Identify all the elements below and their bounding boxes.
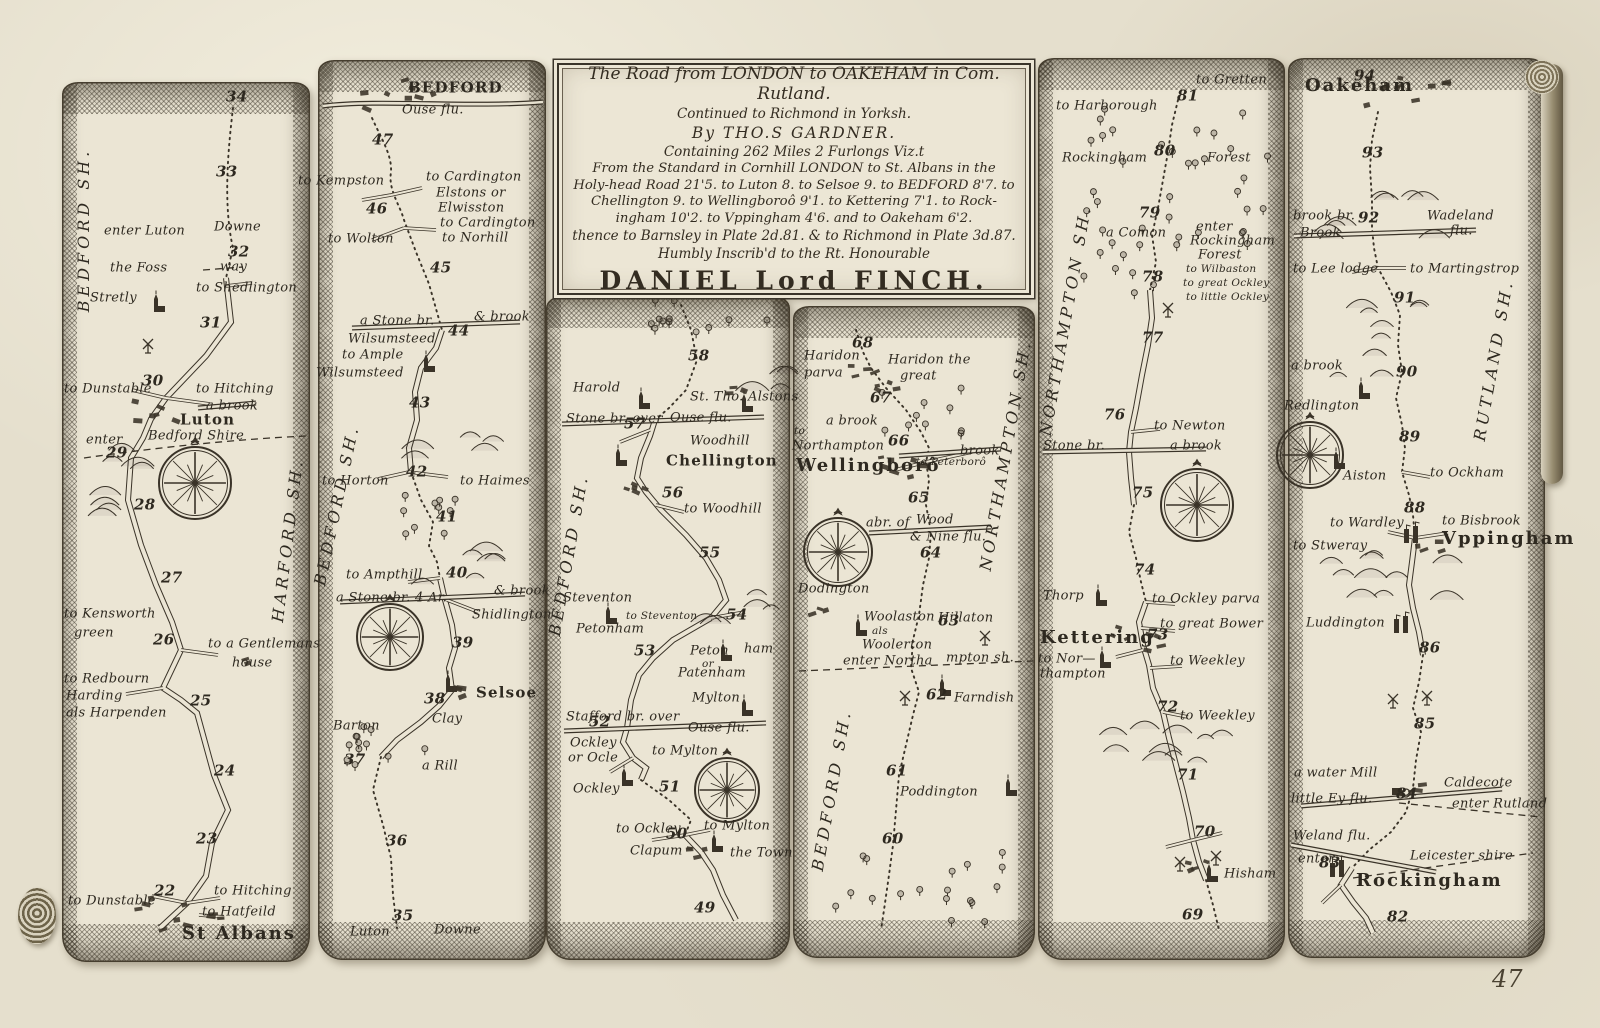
map-label: Stone br. over — [566, 413, 663, 426]
map-label: Stafford br. over — [566, 711, 680, 724]
map-label: St. Tho. Alstons — [690, 391, 798, 404]
compass-icon — [159, 438, 231, 519]
mile-marker: 93 — [1362, 146, 1383, 161]
mill-icon — [1163, 303, 1173, 317]
map-label: Forest — [1198, 249, 1242, 262]
map-label: the Foss — [110, 262, 167, 275]
mill-icon — [1211, 851, 1221, 865]
map-label: Leicester shire — [1410, 850, 1513, 863]
cartouche-line: thence to Barnsley in Plate 2d.81. & to … — [572, 228, 1015, 244]
map-label: Wood — [916, 514, 954, 527]
mile-marker: 60 — [882, 832, 903, 847]
place-label: Vppingham — [1442, 530, 1575, 548]
open-road-dotted-path — [1150, 100, 1178, 290]
map-label: to Hitching — [196, 383, 274, 396]
open-road-dotted-path — [372, 118, 442, 330]
map-label: Peton — [690, 645, 729, 658]
map-label: to Wardley — [1330, 517, 1404, 530]
map-label: Haridon — [804, 350, 860, 363]
mile-marker: 25 — [190, 694, 211, 709]
map-label: Downe — [434, 924, 481, 937]
mile-marker: 45 — [430, 261, 451, 276]
map-label: to — [794, 426, 805, 437]
map-canvas: The Road from LONDON to OAKEHAM in Com. … — [0, 0, 1600, 1028]
map-label: Petonham — [576, 623, 644, 636]
county-label: BEDFORD SH. — [76, 148, 92, 312]
cartouche-line: By THO.S GARDNER. — [692, 124, 896, 142]
mile-marker: 69 — [1182, 908, 1203, 923]
cartouche-line: Chellington 9. to Wellingboroô 9'1. to K… — [591, 194, 997, 211]
town-icon — [1428, 79, 1452, 89]
town-icon — [848, 364, 880, 379]
side-road-path — [1388, 532, 1415, 538]
place-label: Rockingham — [1356, 872, 1503, 890]
map-label: to Redbourn — [64, 673, 149, 686]
engraved-road-map-page: { "page": {"number": "47"}, "colors": {"… — [0, 0, 1600, 1028]
map-label: to Mylton — [652, 745, 718, 758]
map-label: Rockingham — [1062, 152, 1147, 165]
map-label: a Comon — [1106, 227, 1166, 240]
map-label: Harding — [66, 690, 123, 703]
map-label: to Newton — [1154, 420, 1226, 433]
map-label: Clay — [432, 713, 462, 726]
place-label: Chellington — [666, 454, 778, 469]
map-label: to great Bower — [1160, 618, 1263, 631]
mile-marker: 86 — [1419, 641, 1440, 656]
mill-icon — [980, 631, 990, 645]
map-label: als Harpenden — [66, 707, 167, 720]
map-label: Farndish — [954, 692, 1014, 705]
map-label: Hillaton — [938, 612, 993, 625]
mill-icon — [1422, 691, 1432, 705]
map-label: & brook — [494, 585, 550, 598]
map-label: Elwisston — [438, 202, 504, 215]
mile-marker: 66 — [888, 434, 909, 449]
map-label: Shidlington — [472, 609, 552, 622]
map-label: to Bisbrook — [1442, 515, 1521, 528]
map-label: to Cardington — [440, 217, 536, 230]
mile-marker: 31 — [200, 316, 221, 331]
side-road-path — [166, 398, 210, 404]
side-road-path — [1322, 885, 1341, 903]
open-road-dotted-path — [1206, 880, 1219, 930]
mile-marker: 61 — [886, 764, 907, 779]
mile-marker: 54 — [726, 608, 747, 623]
map-label: a brook — [826, 415, 878, 428]
mile-marker: 26 — [153, 633, 174, 648]
mile-marker: 92 — [1358, 211, 1379, 226]
map-label: & brook — [474, 311, 530, 324]
map-label: great — [900, 370, 937, 383]
church-icon — [616, 445, 627, 467]
place-label: Wellingborô — [796, 457, 940, 475]
map-label: a brook — [1291, 360, 1343, 373]
mile-marker: 23 — [196, 832, 217, 847]
map-label: to Gretten — [1196, 74, 1267, 87]
town-icon — [453, 685, 467, 700]
map-label: Wilsumsteed — [316, 367, 404, 380]
church-icon — [639, 388, 650, 410]
map-label: Bedford Shire — [148, 430, 244, 443]
map-label: to Ockley — [616, 823, 681, 836]
map-label: enter Rutland — [1452, 798, 1547, 811]
map-label: to Steventon — [626, 611, 697, 622]
mile-marker: 37 — [344, 753, 365, 768]
map-label: to Wolton — [328, 233, 394, 246]
town-icon — [808, 606, 830, 617]
map-label: a Rill — [422, 760, 458, 773]
map-label: Ouse flu. — [402, 104, 464, 117]
mile-marker: 22 — [154, 884, 175, 899]
map-label: to Wilbaston — [1186, 264, 1256, 275]
mile-marker: 62 — [926, 688, 947, 703]
map-label: to Ampthill — [346, 569, 423, 582]
mile-marker: 33 — [216, 165, 237, 180]
map-label: to Haimes — [460, 475, 530, 488]
mile-marker: 46 — [366, 202, 387, 217]
map-label: to Martingstrop — [1410, 263, 1519, 276]
title-cartouche: The Road from LONDON to OAKEHAM in Com. … — [557, 63, 1031, 295]
church-icon — [1100, 647, 1111, 669]
mile-marker: 64 — [920, 546, 941, 561]
mile-marker: 75 — [1132, 486, 1153, 501]
map-label: to Weekley — [1170, 655, 1245, 668]
mile-marker: 39 — [452, 636, 473, 651]
map-label: a Stone br. 4 Ar. — [336, 592, 447, 605]
place-label: Luton — [180, 413, 235, 428]
mile-marker: 88 — [1404, 501, 1425, 516]
mile-marker: 65 — [908, 491, 929, 506]
map-label: ham — [744, 643, 773, 656]
map-label: Clapum — [630, 845, 683, 858]
mile-marker: 34 — [226, 90, 247, 105]
map-label: Harold — [573, 382, 620, 395]
map-label: Haridon the — [888, 354, 971, 367]
church-icon — [742, 695, 753, 717]
mile-marker: 32 — [228, 245, 249, 260]
map-label: brook br. — [1293, 210, 1355, 223]
mile-marker: 41 — [436, 510, 457, 525]
map-label: or Ocle — [568, 752, 618, 765]
mile-marker: 51 — [659, 780, 680, 795]
mile-marker: 81 — [1177, 89, 1198, 104]
towers-icon — [1394, 612, 1410, 633]
map-label: to Nor— — [1038, 653, 1096, 666]
mile-marker: 80 — [1154, 144, 1175, 159]
cartouche-line: The Road from LONDON to OAKEHAM in Com. … — [569, 64, 1019, 104]
hills-icon — [401, 432, 503, 458]
map-label: parva — [804, 367, 843, 380]
mile-marker: 44 — [448, 324, 469, 339]
map-label: enter Northa — [843, 655, 933, 668]
map-label: to great Ockley — [1183, 278, 1270, 289]
map-label: Ockley — [570, 737, 617, 750]
mile-marker: 77 — [1142, 331, 1163, 346]
map-label: enter — [1196, 221, 1233, 234]
side-road-path — [1116, 650, 1143, 657]
map-label: to Shedlington — [196, 282, 297, 295]
place-label: BEDFORD — [408, 81, 503, 96]
map-label: flu. — [1450, 225, 1473, 238]
church-icon — [1006, 775, 1017, 797]
open-road-dotted-path — [1129, 505, 1146, 602]
compass-icon — [695, 749, 759, 822]
mile-marker: 27 — [161, 571, 182, 586]
cartouche-line: From the Standard in Cornhill LONDON to … — [592, 161, 995, 178]
mile-marker: 82 — [1387, 910, 1408, 925]
church-icon — [1096, 585, 1107, 607]
hills-icon — [1320, 551, 1463, 600]
mill-icon — [143, 339, 153, 353]
mile-marker: 43 — [409, 396, 430, 411]
map-label: to Woodhill — [684, 503, 762, 516]
map-label: Stretly — [90, 292, 137, 305]
map-label: to Cardington — [426, 171, 522, 184]
mile-marker: 49 — [694, 901, 715, 916]
map-label: Woolaston — [864, 611, 935, 624]
map-label: Weland flu. — [1293, 830, 1371, 843]
mile-marker: 24 — [214, 764, 235, 779]
map-label: Wilsumsteed — [348, 333, 436, 346]
mile-marker: 40 — [446, 566, 467, 581]
road-path — [1409, 538, 1423, 655]
mile-marker: 74 — [1134, 563, 1155, 578]
cartouche-line: ingham 10'2. to Vppingham 4'6. and to Oa… — [616, 211, 973, 228]
map-label: house — [232, 657, 272, 670]
map-label: Downe — [214, 221, 261, 234]
map-label: Wadeland — [1427, 210, 1494, 223]
map-label: Luton — [350, 926, 390, 939]
church-icon — [622, 765, 633, 787]
map-label: Thorp — [1043, 590, 1084, 603]
map-label: Woolerton — [862, 639, 932, 652]
map-label: Patenham — [678, 667, 746, 680]
mile-marker: 72 — [1157, 700, 1178, 715]
road-path — [1129, 290, 1152, 505]
map-label: to Lee lodge — [1293, 263, 1378, 276]
mill-icon — [1175, 857, 1185, 871]
map-label: enter Luton — [104, 225, 185, 238]
map-label: Aiston — [1343, 470, 1386, 483]
mile-marker: 91 — [1394, 291, 1415, 306]
map-label: thampton — [1040, 668, 1106, 681]
mile-marker: 28 — [134, 498, 155, 513]
mill-icon — [900, 691, 910, 705]
mile-marker: 79 — [1139, 206, 1160, 221]
side-road-path — [391, 188, 422, 195]
map-label: green — [74, 627, 114, 640]
map-label: Ockley — [573, 783, 620, 796]
map-label: Woodhill — [690, 435, 750, 448]
mile-marker: 78 — [1142, 270, 1163, 285]
map-label: a brook — [1170, 440, 1222, 453]
map-label: Rockingham — [1190, 235, 1275, 248]
map-label: & Nine flu. — [910, 531, 986, 544]
map-label: to Horton — [322, 475, 389, 488]
map-label: Redlington — [1284, 400, 1359, 413]
mile-marker: 76 — [1104, 408, 1125, 423]
map-label: to Mylton — [704, 820, 770, 833]
map-label: to Ockham — [1430, 467, 1504, 480]
map-label: to Hitching — [214, 885, 292, 898]
side-road-path — [1166, 840, 1193, 847]
map-label: to Kensworth — [64, 608, 156, 621]
mile-marker: 47 — [372, 133, 393, 148]
cartouche-line: DANIEL Lord FINCH. — [599, 266, 988, 295]
compass-icon — [357, 595, 423, 670]
mile-marker: 70 — [1194, 825, 1215, 840]
mile-marker: 35 — [392, 909, 413, 924]
mile-marker: 58 — [688, 349, 709, 364]
map-label: to Kempston — [298, 175, 384, 188]
map-label: to Ample — [342, 349, 403, 362]
map-label: enter — [1298, 853, 1335, 866]
map-label: Stone br. — [1043, 440, 1105, 453]
place-label: Kettering — [1040, 629, 1155, 647]
mile-marker: 53 — [634, 644, 655, 659]
map-label: enter — [86, 434, 123, 447]
mile-marker: 67 — [870, 391, 891, 406]
cartouche-line: Containing 262 Miles 2 Furlongs Viz.t — [664, 144, 924, 160]
mile-marker: 90 — [1396, 365, 1417, 380]
mile-marker: 42 — [406, 465, 427, 480]
compass-icon — [1161, 460, 1233, 541]
trees-icon — [648, 297, 770, 338]
cartouche-line: Continued to Richmond in Yorksh. — [677, 106, 911, 122]
map-label: to Stweray — [1293, 540, 1367, 553]
church-icon — [1359, 378, 1370, 400]
trees-icon — [833, 849, 1006, 928]
hills-icon — [735, 366, 797, 391]
compass-icon — [1277, 413, 1343, 488]
plate-number: 47 — [1492, 965, 1523, 993]
hills-icon — [88, 487, 121, 516]
map-label: to a Gentlemans — [208, 638, 320, 651]
map-label: abr. of — [866, 517, 910, 530]
mile-marker: 89 — [1399, 430, 1420, 445]
mile-marker: 85 — [1414, 717, 1435, 732]
side-road-path — [126, 688, 163, 694]
mile-marker: 55 — [699, 546, 720, 561]
side-road-path — [1402, 472, 1430, 477]
map-label: to Norhill — [442, 232, 508, 245]
place-label: Selsoe — [476, 686, 537, 701]
map-label: Caldecote — [1444, 777, 1513, 790]
map-label: to Dunstable — [64, 383, 152, 396]
mile-marker: 29 — [106, 446, 127, 461]
road-path — [637, 420, 726, 618]
map-label: Luddington — [1306, 617, 1385, 630]
mile-marker: 36 — [386, 834, 407, 849]
map-label: to little Ockley — [1186, 292, 1269, 303]
map-label: Poddington — [900, 786, 978, 799]
mile-marker: 56 — [662, 486, 683, 501]
map-label: the Town — [730, 847, 793, 860]
side-road-path — [404, 228, 436, 230]
map-label: to Harborough — [1056, 100, 1158, 113]
map-label: to Ockley parva — [1152, 593, 1260, 606]
map-label: Brook — [1300, 227, 1341, 240]
map-label: mpton sh. — [946, 652, 1014, 665]
cartouche-line: Holy-head Road 21'5. to Luton 8. to Sels… — [573, 178, 1014, 195]
cartouche-line: Humbly Inscrib'd to the Rt. Honourable — [658, 246, 930, 262]
church-icon — [154, 291, 165, 313]
map-label: way — [220, 261, 247, 274]
map-label: Elstons or — [436, 187, 506, 200]
map-label: a Stone br. — [360, 315, 435, 328]
map-label: little Ey flu. — [1291, 793, 1372, 806]
map-label: Forest — [1207, 152, 1251, 165]
mile-marker: 84 — [1396, 787, 1417, 802]
compass-icon — [804, 509, 872, 586]
map-label: to Dunstable — [68, 895, 156, 908]
map-label: Northampton — [792, 440, 884, 453]
map-label: Ouse flu. — [688, 722, 750, 735]
mill-icon — [1388, 694, 1398, 708]
mile-marker: 71 — [1177, 768, 1198, 783]
map-label: Hisham — [1224, 868, 1276, 881]
mile-marker: 38 — [424, 692, 445, 707]
map-label: to Weekley — [1180, 710, 1255, 723]
map-label: Dodington — [798, 583, 870, 596]
place-label: Oakeham — [1305, 77, 1414, 95]
map-label: Ouse flu. — [670, 412, 732, 425]
map-label: als — [872, 626, 888, 637]
church-icon — [712, 831, 723, 853]
map-label: Steventon — [563, 592, 632, 605]
map-label: Mylton — [692, 692, 740, 705]
map-label: Barton — [333, 720, 380, 733]
place-label: St Albans — [182, 925, 296, 943]
map-label: a water Mill — [1294, 767, 1377, 780]
map-label: to Hatfeild — [202, 906, 276, 919]
